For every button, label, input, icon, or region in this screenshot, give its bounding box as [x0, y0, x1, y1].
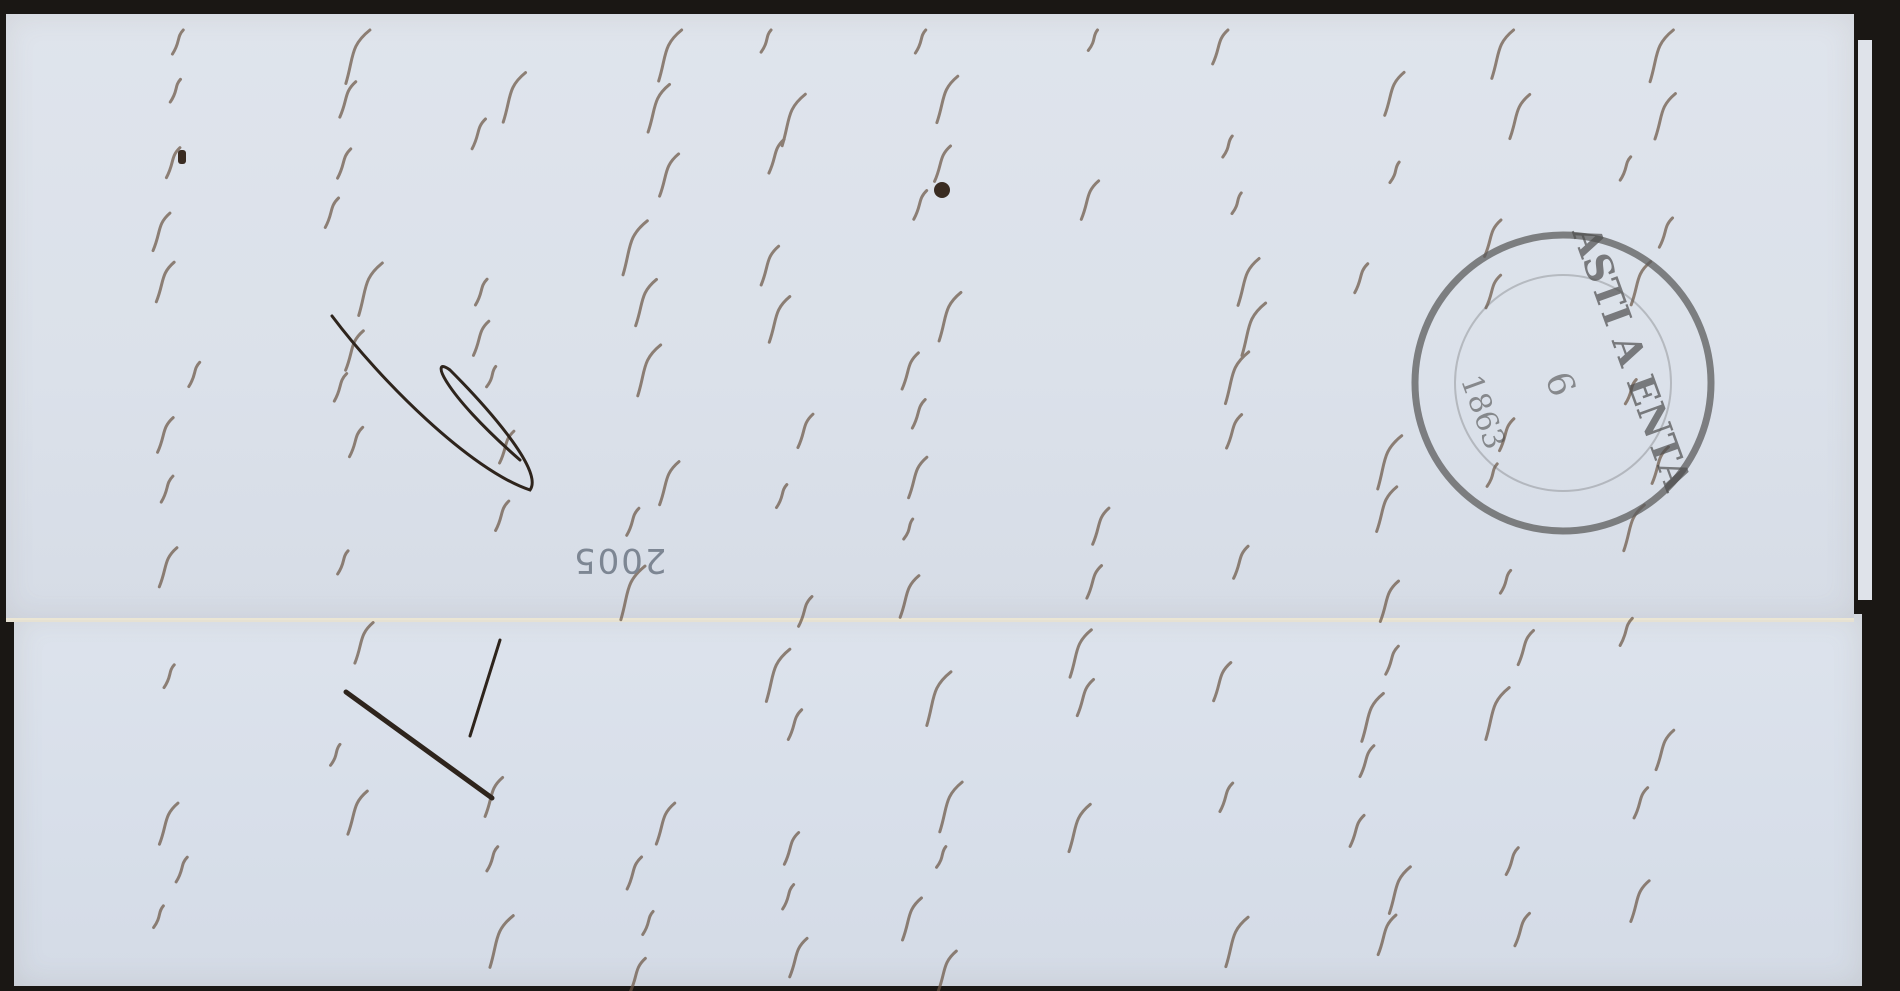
circular-postmark: ASTI A ENTA 6 1863: [1408, 228, 1718, 538]
postmark-town: ASTI A ENTA: [1563, 228, 1701, 497]
pencil-inventory-number: 2005: [572, 540, 667, 580]
svg-text:6: 6: [1537, 366, 1583, 402]
postmark-year: 1863: [1453, 370, 1512, 454]
